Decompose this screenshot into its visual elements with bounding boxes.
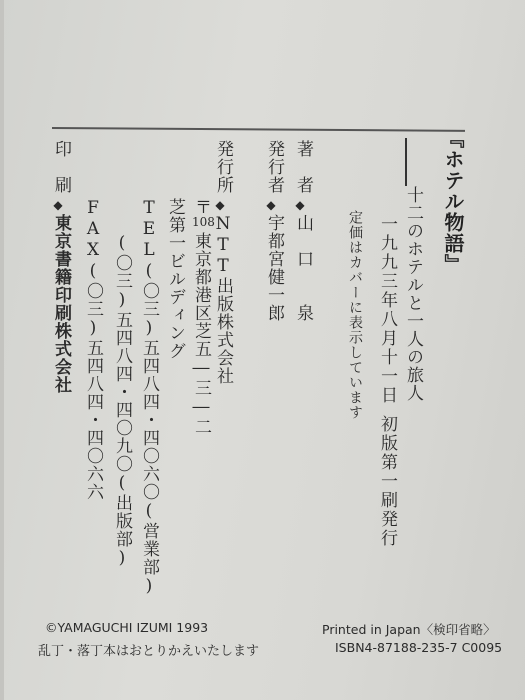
printer-label: 印 刷: [52, 140, 69, 194]
publisher-company-bullet: ◆: [214, 198, 226, 213]
book-subtitle: 十二のホテルと一人の旅人: [404, 186, 421, 402]
author-label: 著 者: [294, 140, 311, 194]
publisher-company-name: NTT出版株式会社: [214, 214, 231, 385]
replacement-note: 乱丁・落丁本はおとりかえいたします: [38, 640, 259, 659]
publisher-person-name: 宇都宮健一郎: [265, 214, 282, 322]
publisher-person-bullet: ◆: [265, 198, 277, 213]
tel-publishing: (〇三)五四八四・四〇九〇(出版部): [113, 233, 130, 569]
first-edition-date: 一九九三年八月十一日: [378, 215, 395, 405]
address-line-1: 東京都港区芝五―三―二: [192, 232, 209, 436]
isbn: ISBN4-87188-235-7 C0095: [335, 640, 502, 655]
printer-name: 東京書籍印刷株式会社: [52, 214, 69, 394]
printer-bullet: ◆: [52, 198, 64, 213]
page-edge: [0, 0, 4, 700]
edition-note: 初版第一刷発行: [378, 415, 395, 548]
author-bullet: ◆: [294, 198, 306, 213]
author-name: 山 口 泉: [294, 214, 311, 322]
publisher-company-label: 発行所: [214, 140, 231, 194]
subtitle-dash: [405, 138, 407, 186]
tel-sales: TEL(〇三)五四八四・四〇六〇(営業部): [140, 198, 157, 597]
publisher-person-label: 発行者: [265, 140, 282, 194]
fax-number: FAX(〇三)五四八四・四〇六六: [84, 198, 101, 501]
copyright: ©YAMAGUCHI IZUMI 1993: [45, 620, 208, 635]
address-line-2: 芝第一ビルディング: [166, 198, 183, 360]
printed-in-japan: Printed in Japan〈検印省略〉: [322, 620, 496, 638]
header-rule: [52, 127, 465, 132]
price-note: 定価はカバーに表示しています: [348, 210, 362, 420]
postal-mark: 〒: [192, 198, 209, 216]
book-title: 『ホテル物語』: [443, 128, 463, 275]
postal-code: 108: [192, 216, 215, 228]
